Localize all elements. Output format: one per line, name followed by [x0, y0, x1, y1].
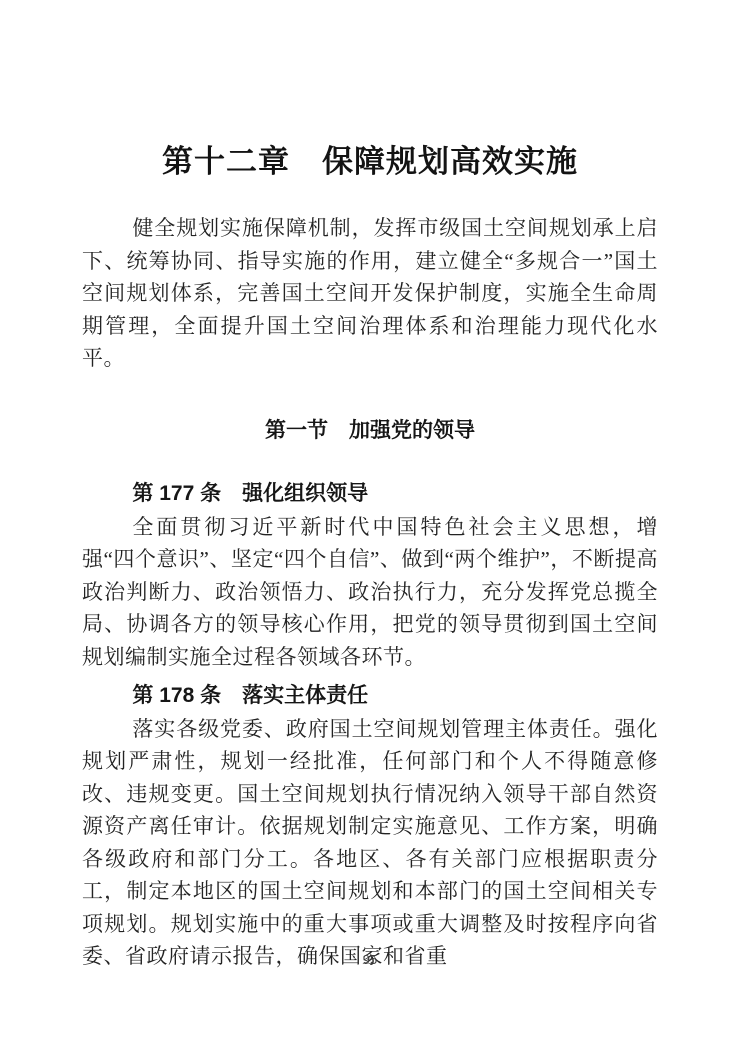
intro-paragraph: 健全规划实施保障机制，发挥市级国土空间规划承上启下、统筹协同、指导实施的作用，建…: [82, 212, 658, 375]
article-177-body: 全面贯彻习近平新时代中国特色社会主义思想，增强“四个意识”、坚定“四个自信”、做…: [82, 511, 658, 674]
document-page: 第十二章 保障规划高效实施 健全规划实施保障机制，发挥市级国土空间规划承上启下、…: [0, 0, 740, 1047]
article-178-body: 落实各级党委、政府国土空间规划管理主体责任。强化规划严肃性，规划一经批准，任何部…: [82, 713, 658, 973]
article-178-heading: 第 178 条 落实主体责任: [82, 680, 658, 713]
article-177-heading: 第 177 条 强化组织领导: [82, 478, 658, 511]
chapter-title: 第十二章 保障规划高效实施: [82, 136, 658, 188]
page-number: 95: [0, 952, 740, 967]
section-heading: 第一节 加强党的领导: [82, 415, 658, 448]
